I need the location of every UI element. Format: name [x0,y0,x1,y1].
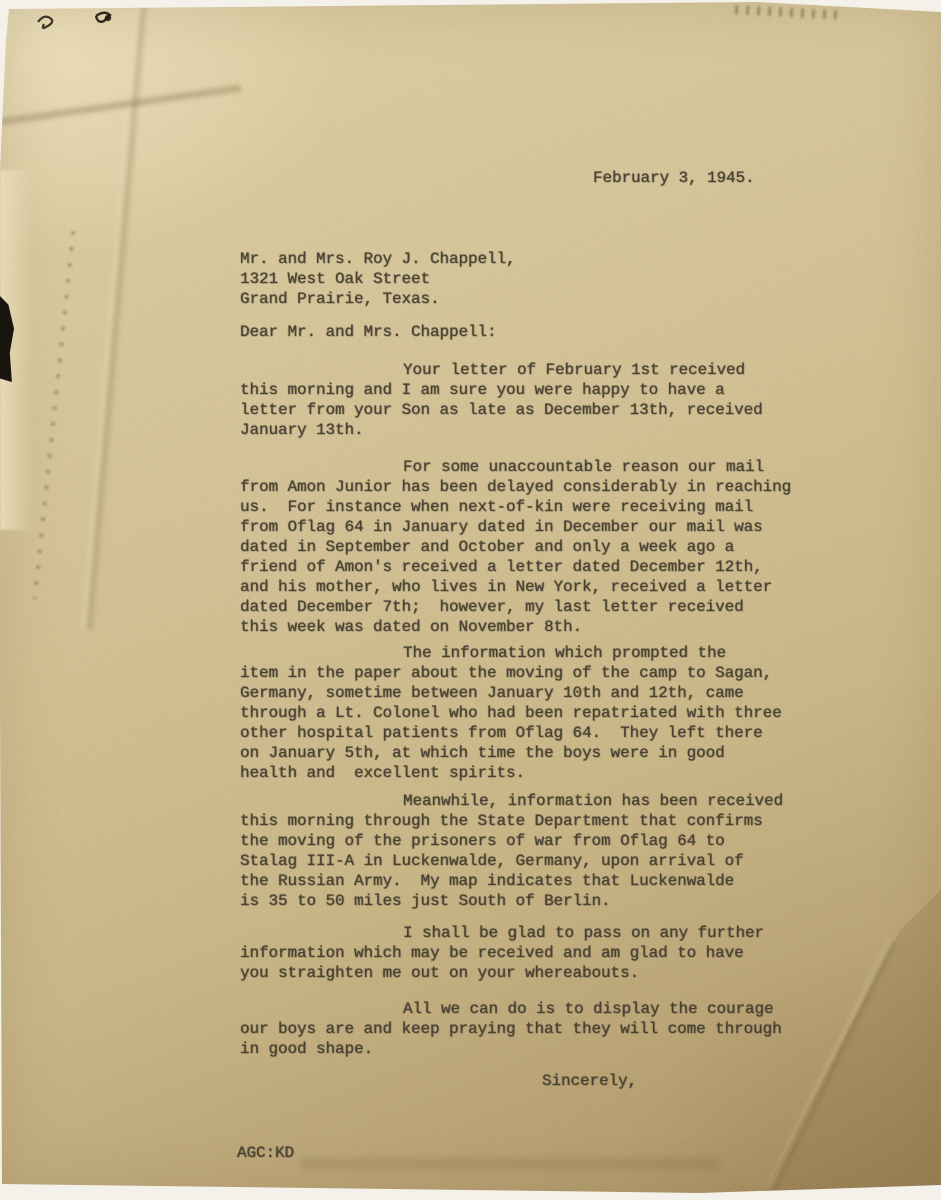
recipient-address: Mr. and Mrs. Roy J. Chappell, 1321 West … [240,249,516,309]
letter-date: February 3, 1945. [593,168,755,188]
paper-sheet: February 3, 1945. Mr. and Mrs. Roy J. Ch… [0,0,941,1200]
letter-body: February 3, 1945. Mr. and Mrs. Roy J. Ch… [0,0,941,1200]
paragraph-4: Meanwhile, information has been received… [240,791,783,911]
paragraph-2: For some unaccountable reason our mail f… [240,457,791,637]
signature-closing: Sincerely, [542,1071,637,1091]
paragraph-1: Your letter of February 1st received thi… [240,360,763,440]
typist-initials: AGC:KD [237,1143,294,1163]
paragraph-5: I shall be glad to pass on any further i… [240,923,764,983]
salutation: Dear Mr. and Mrs. Chappell: [240,322,497,342]
paragraph-3: The information which prompted the item … [240,643,782,783]
scanned-letter-page: February 3, 1945. Mr. and Mrs. Roy J. Ch… [0,0,941,1200]
paragraph-6: All we can do is to display the courage … [240,999,782,1059]
